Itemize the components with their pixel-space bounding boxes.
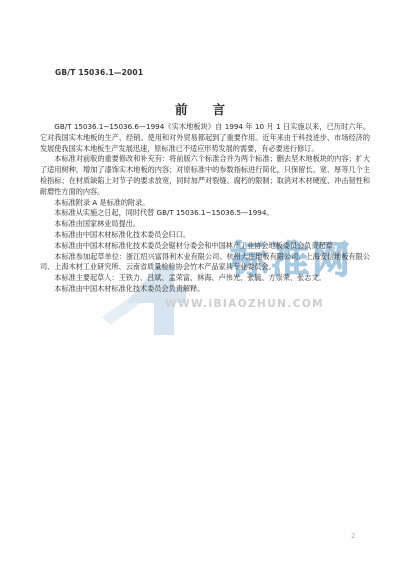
paragraph: 本标准由中国木材标准化技术委员会归口。 (40, 230, 370, 241)
page-number: 2 (351, 532, 355, 540)
paragraph: GB/T 15036.1~15036.6—1994《实木地板块》自 1994 年… (40, 122, 370, 154)
foreword-title: 前 言 (0, 100, 400, 118)
watermark-url-text: WWW.iBIAOZHUN.COM (165, 298, 324, 310)
paragraph: 本标准参加起草单位：浙江绍兴富得利木业有限公司、杭州大庄地板有限公司、上海安信地… (40, 252, 370, 274)
paragraph: 本标准由中国木材标准化技术委员会负责解释。 (40, 284, 370, 295)
paragraph: 本标准由国家林业局提出。 (40, 219, 370, 230)
paragraph: 本标准对前版的重要修改和补充有：将前版六个标准合并为两个标准；删去坚木地板块的内… (40, 154, 370, 197)
document-page: 标准网 WWW.iBIAOZHUN.COM GB/T 15036.1—2001 … (0, 0, 400, 567)
paragraph: 本标准附录 A 是标准的附录。 (40, 198, 370, 209)
paragraph: 本标准从实施之日起，同时代替 GB/T 15036.1~15036.5—1994… (40, 208, 370, 219)
paragraph: 本标准主要起草人：王铁力、吕斌、孟荣富、林海、卢伟光、张毓、方崇荣、张志文。 (40, 273, 370, 284)
paragraph: 本标准由中国木材标准化技术委员会锯材分委会和中国林产工业协会地板委员会负责起草。 (40, 241, 370, 252)
foreword-paragraphs: GB/T 15036.1~15036.6—1994《实木地板块》自 1994 年… (40, 122, 370, 295)
standard-code: GB/T 15036.1—2001 (55, 68, 143, 77)
